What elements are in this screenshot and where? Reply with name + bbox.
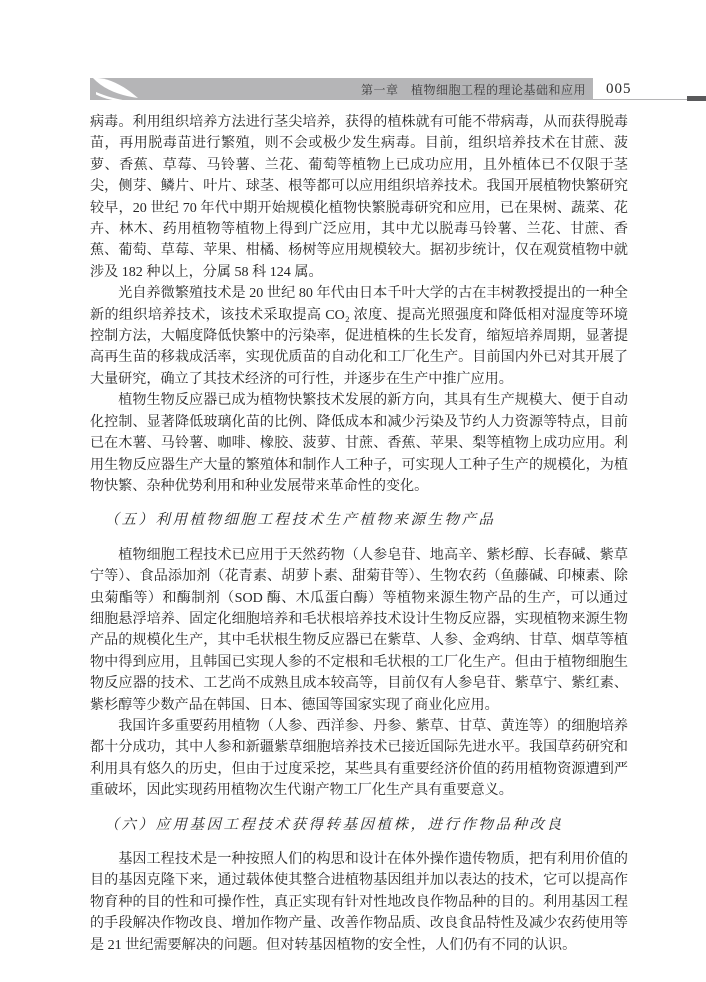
paragraph-genetic-engineering: 基因工程技术是一种按照人们的构思和设计在体外操作遗传物质，把有利用价值的目的基因… xyxy=(90,849,628,956)
header-rule-endcap xyxy=(687,96,706,101)
paragraph-photoautotrophic-micropropagation: 光自养微繁殖技术是 20 世纪 80 年代由日本千叶大学的古在丰树教授提出的一种… xyxy=(90,283,628,390)
page-number-block: 005 xyxy=(593,78,706,100)
paragraph-plant-bioreactor: 植物生物反应器已成为植物快繁技术发展的新方向，其具有生产规模大、便于自动化控制、… xyxy=(90,390,628,497)
header-bar: 第一章 植物细胞工程的理论基础和应用 xyxy=(90,78,593,100)
body-text-column: 病毒。利用组织培养方法进行茎尖培养，获得的植株就有可能不带病毒，从而获得脱毒苗，… xyxy=(90,112,628,956)
page-number: 005 xyxy=(606,78,632,100)
book-page: 第一章 植物细胞工程的理论基础和应用 005 病毒。利用组织培养方法进行茎尖培养… xyxy=(0,0,706,982)
paragraph-medicinal-plant-cell-culture: 我国许多重要药用植物（人参、西洋参、丹参、紫草、甘草、黄连等）的细胞培养都十分成… xyxy=(90,716,628,802)
running-chapter-title: 第一章 植物细胞工程的理论基础和应用 xyxy=(361,81,586,98)
section-heading-six: （六）应用基因工程技术获得转基因植株，进行作物品种改良 xyxy=(90,815,628,836)
section-heading-five: （五）利用植物细胞工程技术生产植物来源生物产品 xyxy=(90,510,628,531)
paragraph-virus-free-propagation: 病毒。利用组织培养方法进行茎尖培养，获得的植株就有可能不带病毒，从而获得脱毒苗，… xyxy=(90,112,628,283)
leaf-swoosh-icon xyxy=(92,75,140,103)
paragraph-plant-derived-bioproducts: 植物细胞工程技术已应用于天然药物（人参皂苷、地高辛、紫杉醇、长春碱、紫草宁等）、… xyxy=(90,545,628,716)
